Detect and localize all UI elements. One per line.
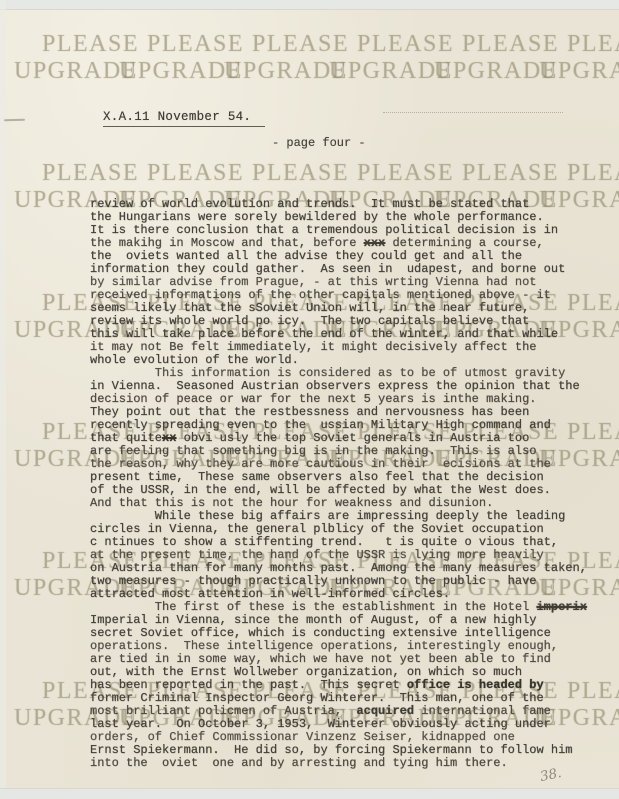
bold-text: acquired <box>356 704 414 718</box>
pencil-mark <box>4 119 25 122</box>
watermark-text: PLEASEUPGRADE <box>14 31 139 85</box>
scanned-document-page: PLEASEUPGRADEPLEASEUPGRADEPLEASEUPGRADEP… <box>0 0 619 799</box>
date-heading: X.A.11 November 54. <box>103 110 265 127</box>
scan-edge-bottom <box>0 788 619 799</box>
handwritten-page-number: 38. <box>539 765 563 785</box>
text-line: most brilliant policmen of Austria, acqu… <box>90 705 610 718</box>
faint-dotted-line <box>383 112 563 113</box>
watermark-text: PLEASEUPGRADE <box>119 31 244 85</box>
watermark-text: PLEASEUPGRADE <box>224 31 349 85</box>
text-line: This information is considered as to be … <box>90 367 610 380</box>
overstruck-text: xxx <box>364 236 386 250</box>
text-line: decision of peace or war for the next 5 … <box>90 393 610 406</box>
text-line: are tied in in some way, which we have n… <box>90 653 610 666</box>
text-line: it may not Be felt immediately, it might… <box>90 341 610 354</box>
overstruck-text: xx <box>162 431 176 445</box>
bold-text: office is headed by <box>407 678 544 692</box>
text-line: And that this is not the hour for weakne… <box>90 497 610 510</box>
watermark-text: PLEASEUPGRADE <box>434 31 559 85</box>
watermark-text: PLEASEUPGRADE <box>539 31 619 85</box>
text-line: the reason, why they are more cautious i… <box>90 458 610 471</box>
page-label: - page four - <box>272 136 366 150</box>
watermark-text: PLEASEUPGRADE <box>329 31 454 85</box>
text-line: orders, of Chief Commissionar Vinzenz Se… <box>90 731 610 744</box>
overstruck-text: imperix <box>536 600 586 614</box>
scan-edge-top <box>0 0 619 10</box>
text-line: received informations of the other capit… <box>90 289 610 302</box>
text-line: at the present time, the hand of the USS… <box>90 549 610 562</box>
document-body: review of world evolution and trends. It… <box>90 198 610 770</box>
text-line: The first of these is the establishment … <box>90 601 610 614</box>
text-line: the makihg in Moscow and that, before xx… <box>90 237 610 250</box>
text-line: into the oviet one and by arresting and … <box>90 757 610 770</box>
